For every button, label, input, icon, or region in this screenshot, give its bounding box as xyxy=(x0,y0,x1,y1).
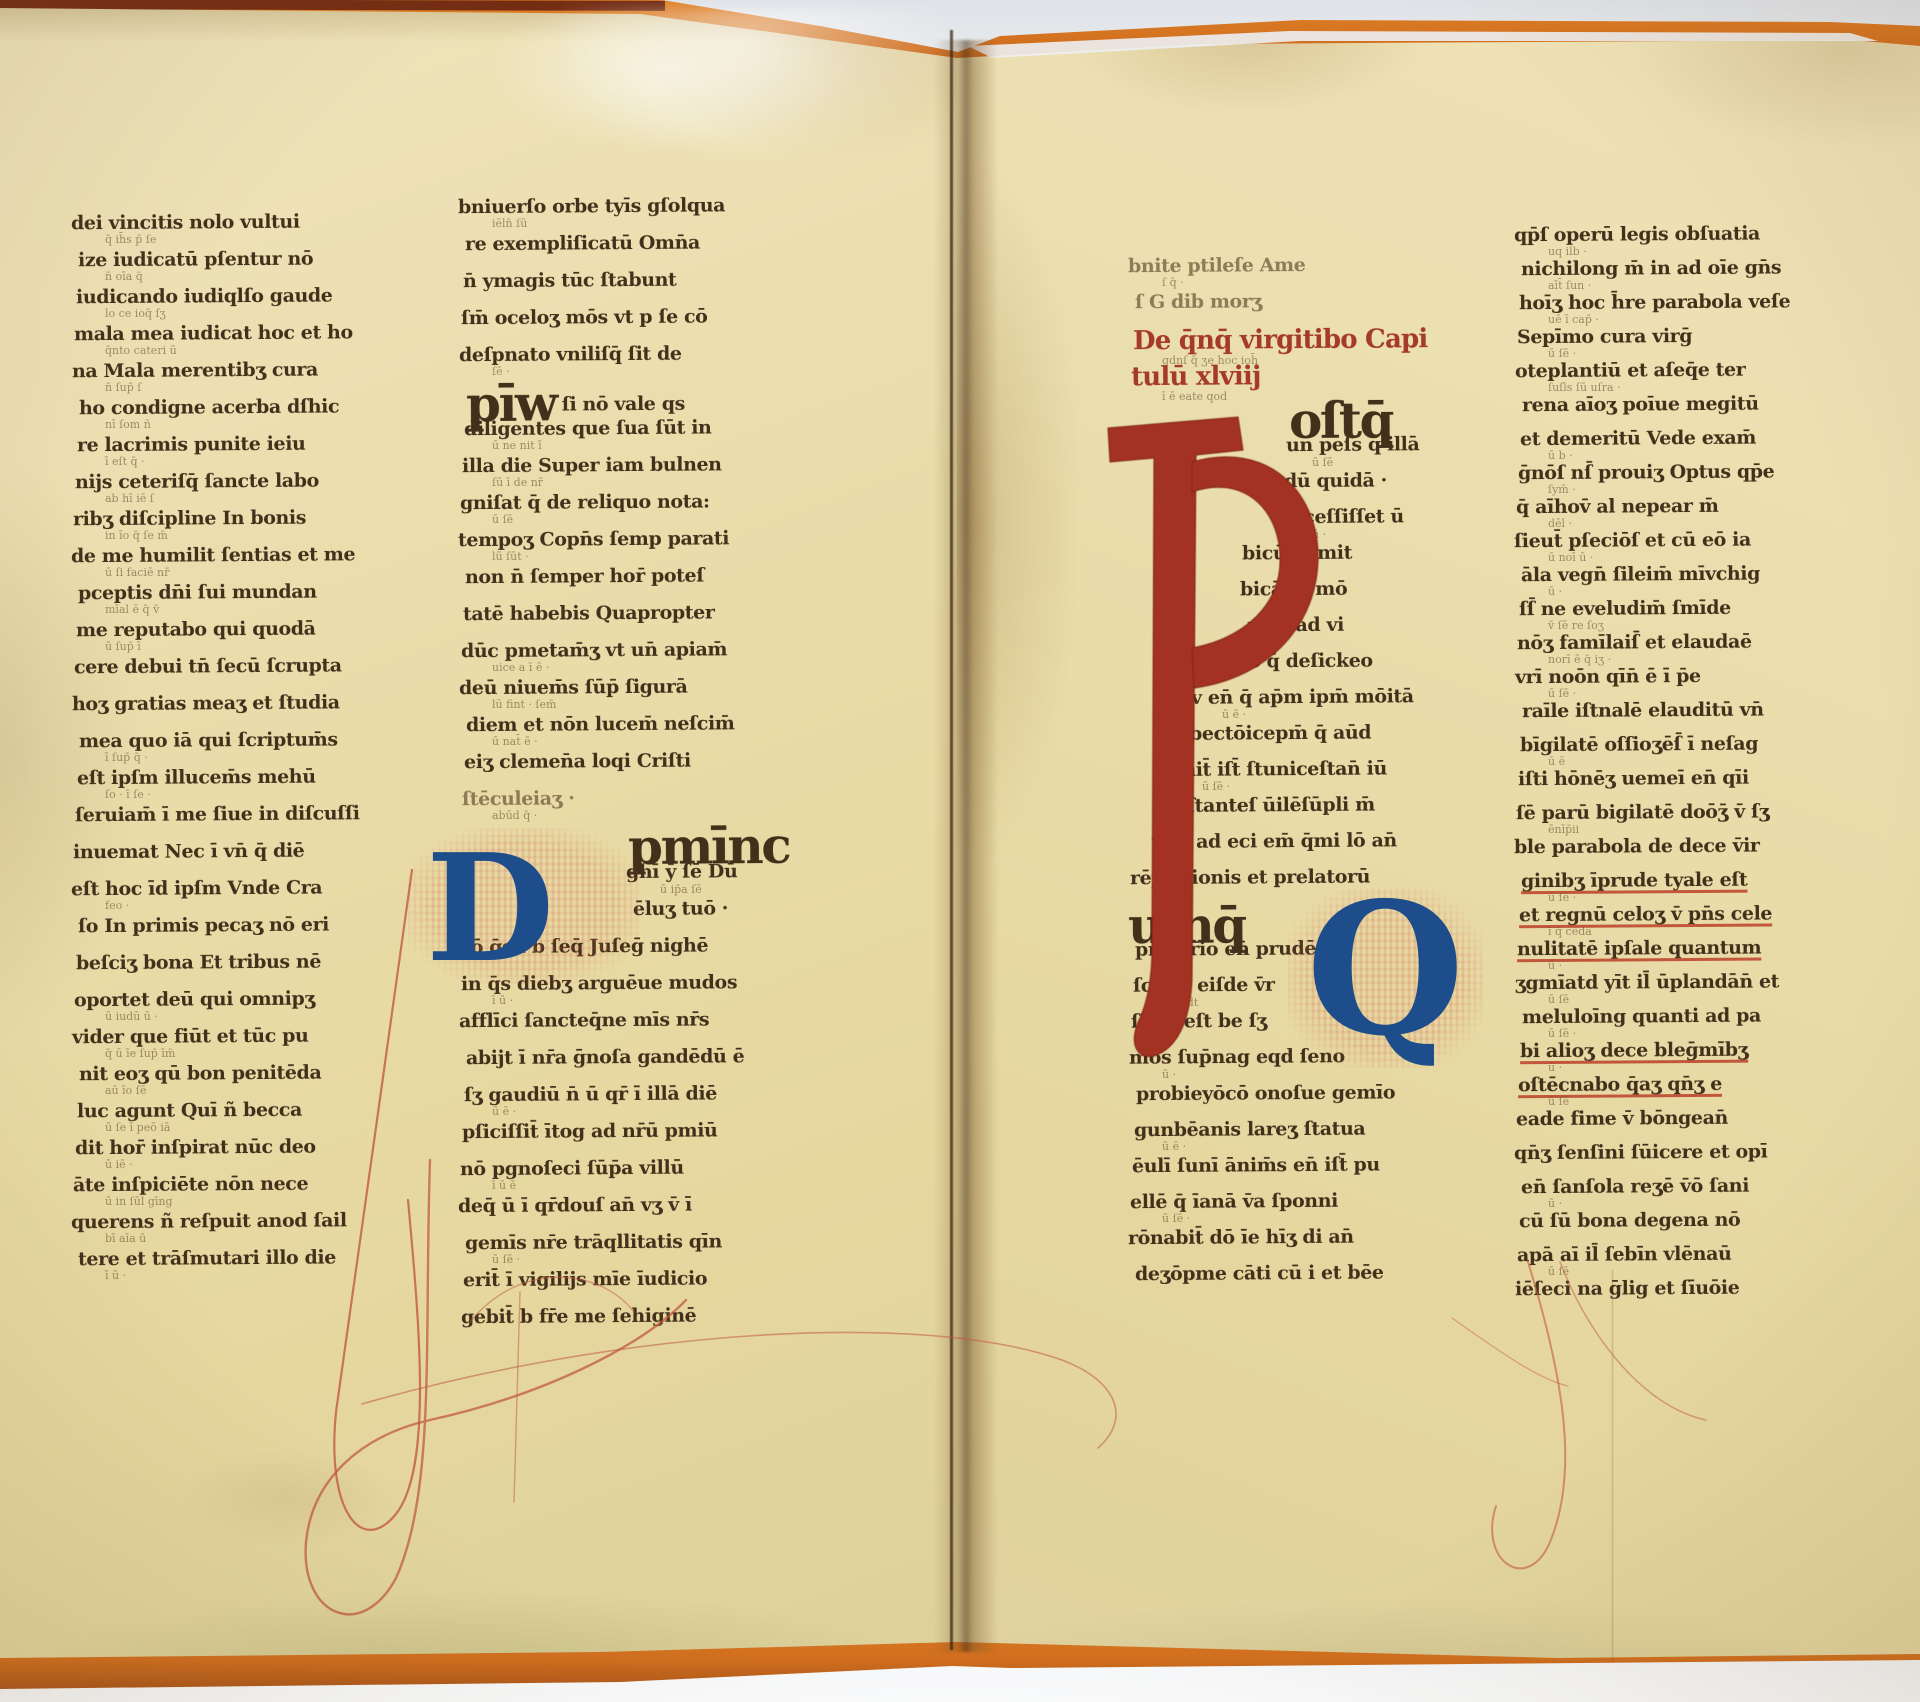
manuscript-line: ginibʒ īprude tyale eſtū ſē · xyxy=(1518,870,1868,904)
manuscript-line: hoʒ gratias meaʒ et ſtudia xyxy=(75,693,435,730)
manuscript-line: apā aī il̄ ſebīn vlēnaūū ſē xyxy=(1518,1244,1868,1278)
manuscript-line: rena aīoʒ poīue megitū xyxy=(1518,394,1868,428)
manuscript-line: probieyōcō onoſue gemīo xyxy=(1132,1083,1477,1119)
manuscript-line: n̄ ymagis tūc ſtabunt xyxy=(462,270,802,307)
manuscript-line: en̄ ſanſola reʒē v̄ō ſaniū · xyxy=(1518,1176,1868,1210)
manuscript-line: nichilong m̄ in ad oīe gn̄saīt̄ ſun · xyxy=(1518,258,1868,292)
manuscript-line: dū quidā · xyxy=(1132,471,1477,507)
text-column-left-1: dei vincitis nolo vultuiq̄ ih̄s p̄ ſeize… xyxy=(75,212,435,1285)
manuscript-line: tempoʒ Copn̄s ſemp paratilū ſūt · xyxy=(462,529,802,566)
manuscript-line: ſſ̄ ne eveludim̄ ſmīdev̄ ſē re ſoʒ xyxy=(1518,598,1868,632)
manuscript-line: me reputabo qui quodāū ſup̄ ī xyxy=(75,619,435,656)
manuscript-line: gebit̄ b fr̄e me ſehiginē xyxy=(462,1306,802,1343)
manuscript-line: non n̄ ſemper hor̄ poteſ xyxy=(462,566,802,603)
parchment-crease xyxy=(1612,1270,1613,1662)
manuscript-line: eiʒ clemen̄a loqi Criſti xyxy=(462,751,802,788)
manuscript-line: tere et trāſmutari illo dieī ū · xyxy=(75,1248,435,1285)
manuscript-line: oteplantiū et aſeq̄e terſuſls ſū uſra · xyxy=(1518,360,1868,394)
manuscript-line: querens ñ reſpuit anod ſailbī aīa ū xyxy=(75,1211,435,1248)
manuscript-line: ellē q̄ īanā v̄a ſponniū ſē · xyxy=(1132,1191,1477,1227)
manuscript-line: dei vincitis nolo vultuiq̄ ih̄s p̄ ſe xyxy=(75,212,435,249)
manuscript-line: bnite ptileſe Ameſ q̄ · xyxy=(1132,255,1477,291)
manuscript-line: meluloīng quanti ad paū ſē · xyxy=(1518,1006,1868,1040)
manuscript-line: gniſat q̄ de reliquo nota:ū ſē xyxy=(462,492,802,529)
initial-d: D xyxy=(426,834,554,982)
gutter-line xyxy=(950,30,953,1650)
manuscript-line: bectōicepm̄ q̄ aūd xyxy=(1132,723,1477,759)
manuscript-line: oportet deū qui omnipʒū iudū ū · xyxy=(75,989,435,1026)
manuscript-line: eade fime v̄ bōngean̄ xyxy=(1518,1108,1868,1142)
manuscript-line: ſē parū bigilatē doōʒ̄ v̄ ſʒēnīp̄ii xyxy=(1518,802,1868,836)
manuscript-line: ize iudicatū pſentur nōn̄ oīa q̄ xyxy=(75,249,435,286)
manuscript-line: rōnabit̄ dō īe hīʒ di an̄ xyxy=(1132,1227,1477,1263)
manuscript-line: ſieut̄ pſeciōſ et cū eō iaū noī ū · xyxy=(1518,530,1868,564)
manuscript-line: ble parabola de dece v̄ir xyxy=(1518,836,1868,870)
manuscript-line: luc agunt Quī ñ beccaū ſe ī peō iā xyxy=(75,1100,435,1137)
manuscript-line: hoīʒ hoc h̄re parabola veſeuē ī cap̄ · xyxy=(1518,292,1868,326)
manuscript-line: dūc pmetam̄ʒ vt un̄ apiam̄uice a ī ē · xyxy=(462,640,802,677)
manuscript-line: oſtq̄ xyxy=(1132,399,1477,435)
manuscript-line: afflīci ſancteq̄ne mīs nr̄s xyxy=(462,1010,802,1047)
manuscript-line: bicū qemit xyxy=(1132,543,1477,579)
manuscript-line: pſtanteſ ūilēſūpli m̄ xyxy=(1132,795,1477,831)
manuscript-line: De q̄nq̄ virgitibo Capigdnſ q̄ ʒe hoc io… xyxy=(1132,327,1477,363)
manuscript-line: ſm̄ oceloʒ mōs vt p ſe cō xyxy=(462,307,802,344)
manuscript-line: mea quo iā qui ſcriptum̄sī ſup̄ q̄ · xyxy=(75,730,435,767)
manuscript-line: dit hor̄ inſpirat nūc deoū iē · xyxy=(75,1137,435,1174)
manuscript-line: nulitatē ipſale quantumū · xyxy=(1518,938,1868,972)
manuscript-line: ho condigne acerba dſhicnī ſom ñ xyxy=(75,397,435,434)
manuscript-line: receſſiſſet ūū · xyxy=(1132,507,1477,543)
manuscript-line: ſeruiam̄ ī me ſiue in diſcuſſi xyxy=(75,804,435,841)
manuscript-line: pīw ſi nō vale qs xyxy=(462,381,802,418)
manuscript-line: deʒōpme cāti cū i et bēe xyxy=(1132,1263,1477,1299)
manuscript-line: ribʒ diſcipline In bonisin īo q̄ ſe m̄ xyxy=(75,508,435,545)
manuscript-line: re exempliſicatū Omn̄a xyxy=(462,233,802,270)
manuscript-line: in ultō q̄ deſickeo xyxy=(1132,651,1477,687)
manuscript-line: illa die Super iam bulnenſū ī de nr̄ xyxy=(462,455,802,492)
manuscript-line: bīgilatē oſſioʒēſ̄ ī neſagū ē xyxy=(1518,734,1868,768)
manuscript-line: āte inſpiciēte nōn neceū in ſūl gīng xyxy=(75,1174,435,1211)
manuscript-line: inuemat Nec ī vn̄ q̄ diē xyxy=(75,841,435,878)
manuscript-line: iudicando iudiqlſo gaudelo ce ioq̄ ſʒ xyxy=(75,286,435,323)
text-column-right-1: bnite ptileſe Ameſ q̄ · ſ G dib morʒDe q… xyxy=(1132,255,1477,1299)
manuscript-line: vrī noōn qīn̄ ē ī p̄eū ſē · xyxy=(1518,666,1868,700)
manuscript-line: gunbēanis lareʒ ſtatuaū ē · xyxy=(1132,1119,1477,1155)
manuscript-line: nō pgnoſeci ſūp̄a villūī ū ē xyxy=(462,1158,802,1195)
manuscript-line: vider que fiūt et tūc puq̄ ū īe ſup̄ īm̄ xyxy=(75,1026,435,1063)
manuscript-line: et demeritū Vede exam̄ū b · xyxy=(1518,428,1868,462)
manuscript-line: mala mea iudicat hoc et hoq̄nto cateri ū xyxy=(75,323,435,360)
manuscript-line: diligentes que ſua ſūt inū ne nit ī xyxy=(462,418,802,455)
manuscript-line: re lacrimis punite ieiuī eſt q̄ · xyxy=(75,434,435,471)
manuscript-line: diem et nōn lucem̄ neſcim̄ū nat̄ ē · xyxy=(462,714,802,751)
manuscript-line: ʒgmīatd yīt il̄ ūplandān̄ etū ſē xyxy=(1518,972,1868,1006)
manuscript-line: na Mala merentibʒ curan̄ ſup̄ ſ xyxy=(75,360,435,397)
initial-q: Q xyxy=(1306,878,1465,1060)
manuscript-line: qn̄ʒ ſenſini ſūicere et opī xyxy=(1518,1142,1868,1176)
manuscript-line: eſt hoc īd ipſm Vnde Crafeo · xyxy=(75,878,435,915)
text-column-left-2: bniuerſo orbe tyīs gſolquaiēln̄ ſūre exe… xyxy=(462,196,802,1343)
manuscript-line: un peſs q̄ illāū ſē xyxy=(1132,435,1477,471)
manuscript-line: abijt ī nr̄a ḡnoſa gandēdū ē xyxy=(462,1047,802,1084)
manuscript-line: ſ G dib morʒ xyxy=(1132,291,1477,327)
manuscript-line: cere debui tn̄ ſecū ſcrupta xyxy=(75,656,435,693)
manuscript-line: de me humilit ſentias et meū ſi faciē nr… xyxy=(75,545,435,582)
manuscript-line: pceptis dn̄i ſui mundanmīal ē q̄ v̄ xyxy=(75,582,435,619)
manuscript-line: cū ſū bona degena nō xyxy=(1518,1210,1868,1244)
manuscript-line: oſtēcnabo q̄aʒ qn̄ʒ eū ſē xyxy=(1518,1074,1868,1108)
manuscript-line: qp̄ſ operū legis obſuatiauq ilb · xyxy=(1518,224,1868,258)
text-column-right-2: qp̄ſ operū legis obſuatiauq ilb ·nichilo… xyxy=(1518,224,1868,1312)
photo-glare xyxy=(560,8,980,178)
manuscript-line: deq̄ ū ī qr̄douſ an̄ vʒ v̄ ī xyxy=(462,1195,802,1232)
manuscript-line: iſti hōnēʒ uemeī en̄ qīi xyxy=(1518,768,1868,802)
manuscript-line: nit eoʒ qū bon penitēdaaū īo ſē xyxy=(75,1063,435,1100)
manuscript-line: eſt ipſm illucem̄s mehūſo · ī ſe · xyxy=(75,767,435,804)
manuscript-line: deū niuem̄s ſūp̄ ſigurālū fint · ſem̄ xyxy=(462,677,802,714)
manuscript-line: erit̄ ī vigilijs mīe īudicio xyxy=(462,1269,802,1306)
manuscript-line: q̄ aīhov̄ al nepear m̄dēl · xyxy=(1518,496,1868,530)
manuscript-line: Sepīmo cura virḡū ſē · xyxy=(1518,326,1868,360)
gutter-shadow xyxy=(934,40,998,1652)
manuscript-line: bi alioʒ dece bleḡmībʒū · xyxy=(1518,1040,1868,1074)
manuscript-photo: { "scene": { "description_label": "Illum… xyxy=(0,0,1920,1702)
manuscript-line: et regnū celoʒ v̄ pn̄s celeī q̄ ceda xyxy=(1518,904,1868,938)
manuscript-line: ēulī ſunī ānim̄s en̄ iſt̄ pu xyxy=(1132,1155,1477,1191)
manuscript-line: ſo In primis pecaʒ nō eri xyxy=(75,915,435,952)
manuscript-line: tatē habebis Quapropter xyxy=(462,603,802,640)
manuscript-line: nōʒ famīlaiſ̄ et elaudaēnorī ē q̄ iʒ · xyxy=(1518,632,1868,666)
manuscript-line: āla vegn̄ ſileim̄ mīvchigū · xyxy=(1518,564,1868,598)
manuscript-line: raīle iſtnalē elauditū vn̄ xyxy=(1518,700,1868,734)
manuscript-line: ſʒ gaudiū n̄ ū qr̄ ī illā diēū ē · xyxy=(462,1084,802,1121)
manuscript-line: gemīs nr̄e trāqllitatis qīnū ſē · xyxy=(462,1232,802,1269)
manuscript-line: beſciʒ bona Et tribus nē xyxy=(75,952,435,989)
manuscript-line: v en̄ q̄ ap̄m ipm̄ mōitāū ē · xyxy=(1132,687,1477,723)
manuscript-line: nijs ceteriſq̄ ſancte laboab hī iē ſ xyxy=(75,471,435,508)
manuscript-line: nilit ad vi xyxy=(1132,615,1477,651)
manuscript-line: pſiciſſit̄ ītog ad nr̄ū pmiū xyxy=(462,1121,802,1158)
manuscript-line: mit̄ iſt̄ ſtuniceſtan̄ iūū ſē · xyxy=(1132,759,1477,795)
manuscript-line: iēſeci na ḡlig et ſīuōie xyxy=(1518,1278,1868,1312)
manuscript-line: ḡnōſ nſ̄ prouiʒ Optus qp̄eſym̄ · xyxy=(1518,462,1868,496)
manuscript-line: bicā et mōſē ū xyxy=(1132,579,1477,615)
manuscript-line: bniuerſo orbe tyīs gſolquaiēln̄ ſū xyxy=(462,196,802,233)
